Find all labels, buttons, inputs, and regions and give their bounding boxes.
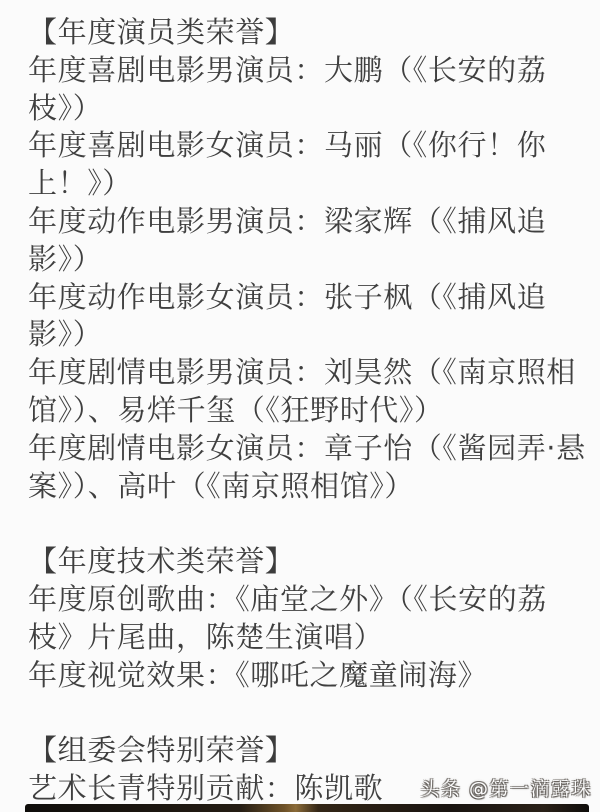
honor-item-visual-effects: 年度视觉效果：《哪吒之魔童闹海》 — [28, 657, 600, 695]
honor-item-drama-actress: 年度剧情电影女演员：章子怡（《酱园弄·悬 案》）、高叶（《南京照相馆》） — [28, 430, 600, 506]
section-title: 【年度技术类荣誉】 — [28, 543, 600, 581]
watermark: 头条 @第一滴露珠 — [420, 774, 592, 801]
honor-item-action-actor: 年度动作电影男演员：梁家辉（《捕风追 影》） — [28, 203, 600, 279]
honor-item-comedy-actor: 年度喜剧电影男演员：大鹏（《长安的荔 枝》） — [28, 52, 600, 128]
article-content: 【年度演员类荣誉】 年度喜剧电影男演员：大鹏（《长安的荔 枝》） 年度喜剧电影女… — [0, 0, 600, 808]
section-actor-honors: 【年度演员类荣誉】 年度喜剧电影男演员：大鹏（《长安的荔 枝》） 年度喜剧电影女… — [28, 14, 600, 505]
article-page: 【年度演员类荣誉】 年度喜剧电影男演员：大鹏（《长安的荔 枝》） 年度喜剧电影女… — [0, 0, 600, 808]
section-title: 【组委会特别荣誉】 — [28, 732, 600, 770]
watermark-text: 头条 @第一滴露珠 — [420, 778, 592, 800]
honor-item-original-song: 年度原创歌曲：《庙堂之外》（《长安的荔 枝》片尾曲，陈楚生演唱） — [28, 581, 600, 657]
section-technical-honors: 【年度技术类荣誉】 年度原创歌曲：《庙堂之外》（《长安的荔 枝》片尾曲，陈楚生演… — [28, 543, 600, 694]
section-title: 【年度演员类荣誉】 — [28, 14, 600, 52]
honor-item-drama-actor: 年度剧情电影男演员：刘昊然（《南京照相 馆》）、易烊千玺（《狂野时代》） — [28, 354, 600, 430]
photo-edge-strip — [25, 804, 589, 812]
honor-item-action-actress: 年度动作电影女演员：张子枫（《捕风追 影》） — [28, 279, 600, 355]
honor-item-comedy-actress: 年度喜剧电影女演员：马丽（《你行！你 上！》） — [28, 127, 600, 203]
